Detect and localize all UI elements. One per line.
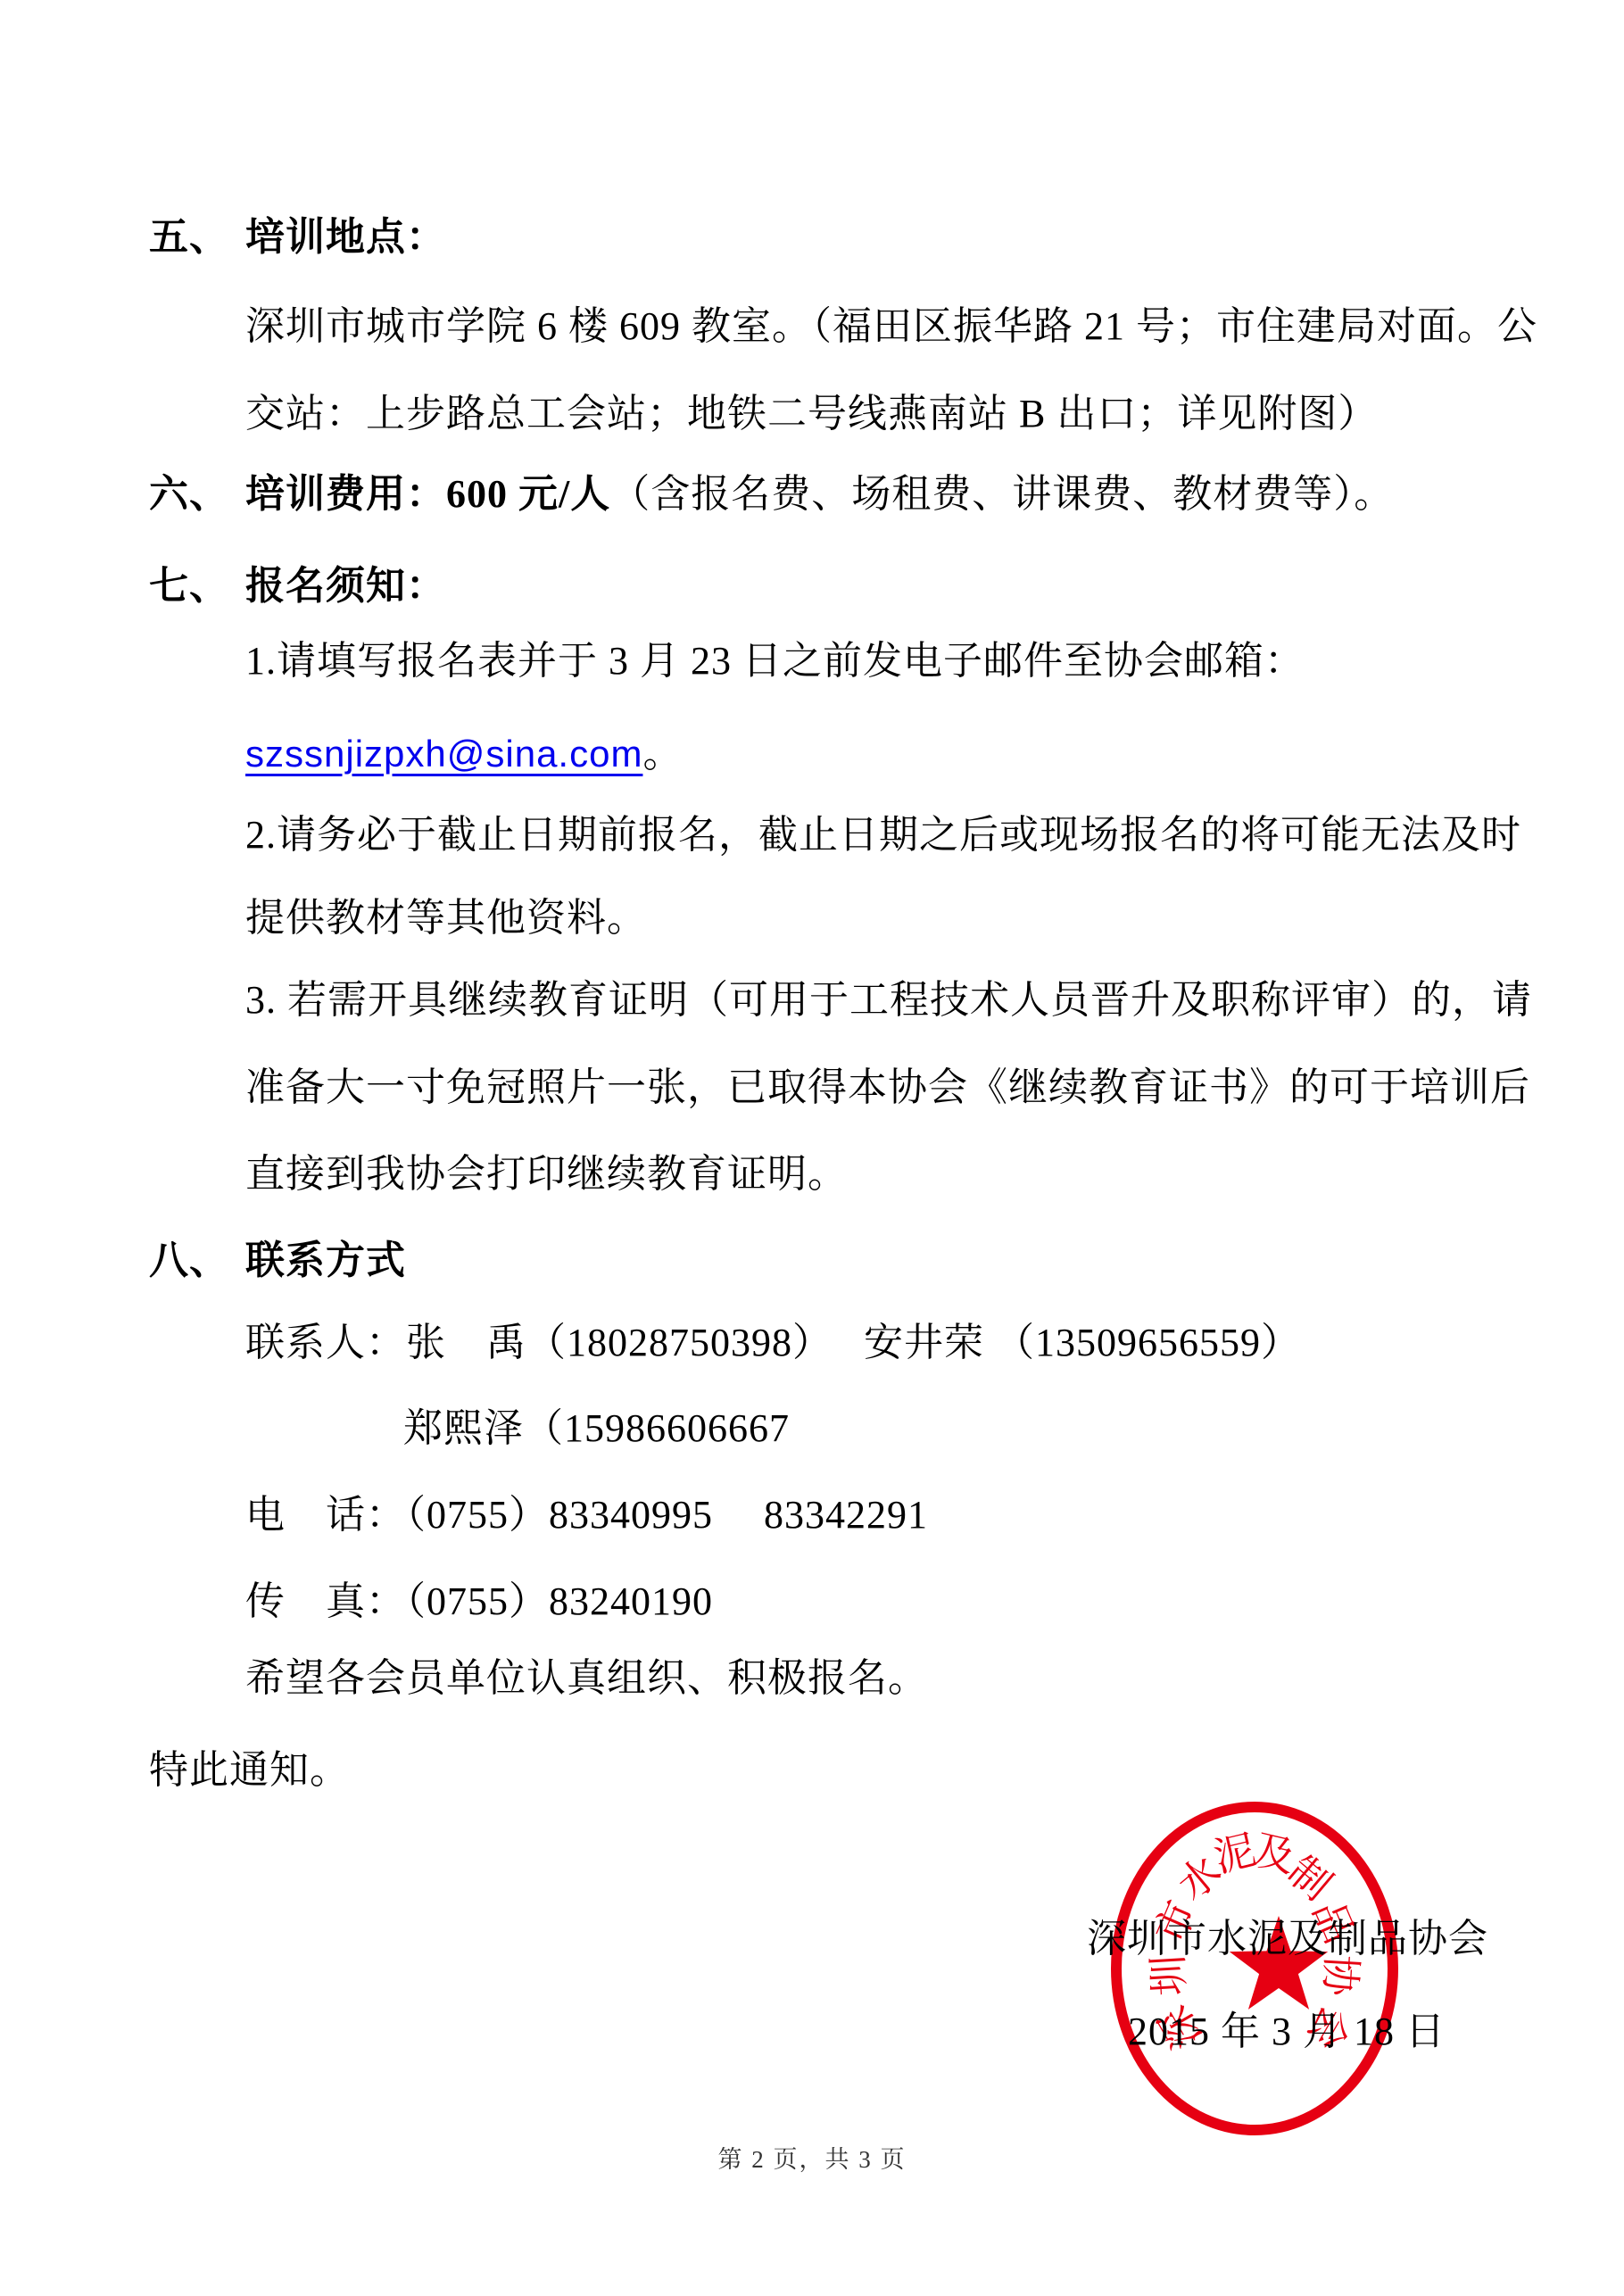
section-6-fee: 600 元/人	[446, 472, 610, 516]
section-8-title: 联系方式	[245, 1239, 406, 1282]
email-suffix: 。	[642, 732, 683, 775]
email-link[interactable]: szssnjizpxh@sina.com	[245, 733, 642, 775]
section-8-heading: 八、联系方式	[149, 1239, 406, 1284]
section-7-heading: 七、报名须知：	[149, 564, 446, 609]
section-6-title: 培训费用：	[245, 472, 446, 516]
section-5-number: 五、	[149, 215, 245, 261]
contact-persons-line2: 郑熙泽（15986606667	[403, 1406, 790, 1452]
section-7-item2-line2: 提供教材等其他资料。	[245, 896, 647, 941]
phone-line: 电 话：（0755）83340995 83342291	[245, 1493, 928, 1538]
contact-persons-line1: 联系人：张 禹（18028750398） 安井荣 （13509656559）	[245, 1321, 1301, 1366]
section-6-heading: 六、培训费用：600 元/人（含报名费、场租费、讲课费、教材费等）。	[149, 472, 1394, 518]
section-7-email-line: szssnjizpxh@sina.com。	[245, 732, 683, 777]
page-footer: 第 2 页，共 3 页	[0, 2140, 1624, 2175]
section-7-title: 报名须知：	[245, 564, 446, 608]
section-7-item2-line1: 2.请务必于截止日期前报名，截止日期之后或现场报名的将可能无法及时	[245, 813, 1521, 858]
hope-line: 希望各会员单位认真组织、积极报名。	[245, 1656, 928, 1702]
section-5-body-line2: 交站：上步路总工会站；地铁二号线燕南站 B 出口；详见附图）	[245, 392, 1378, 437]
section-7-item1: 1.请填写报名表并于 3 月 23 日之前发电子邮件至协会邮箱：	[245, 639, 1305, 684]
fax-line: 传 真：（0755）83240190	[245, 1579, 713, 1625]
section-5-heading: 五、培训地点：	[149, 215, 446, 261]
official-seal: 深 圳 市 水 泥 及 制 品 协 会	[1103, 1790, 1406, 2147]
section-7-item3-line2: 准备大一寸免冠照片一张，已取得本协会《继续教育证书》的可于培训后	[245, 1065, 1530, 1111]
section-7-item3-line3: 直接到我协会打印继续教育证明。	[245, 1152, 848, 1198]
signature-date: 2015 年 3 月 18 日	[1128, 2010, 1446, 2055]
section-5-body-line1: 深圳市城市学院 6 楼 609 教室。（福田区振华路 21 号；市住建局对面。公	[245, 304, 1537, 350]
section-6-number: 六、	[149, 472, 245, 518]
closing-notice: 特此通知。	[149, 1748, 350, 1794]
section-5-title: 培训地点：	[245, 215, 446, 259]
section-7-item3-line1: 3. 若需开具继续教育证明（可用于工程技术人员晋升及职称评审）的，请	[245, 978, 1532, 1024]
document-page: 五、培训地点： 深圳市城市学院 6 楼 609 教室。（福田区振华路 21 号；…	[0, 0, 1624, 2296]
section-7-number: 七、	[149, 564, 245, 609]
section-8-number: 八、	[149, 1239, 245, 1284]
section-6-fee-detail: （含报名费、场租费、讲课费、教材费等）。	[610, 472, 1394, 516]
signature-org: 深圳市水泥及制品协会	[1087, 1917, 1488, 1962]
